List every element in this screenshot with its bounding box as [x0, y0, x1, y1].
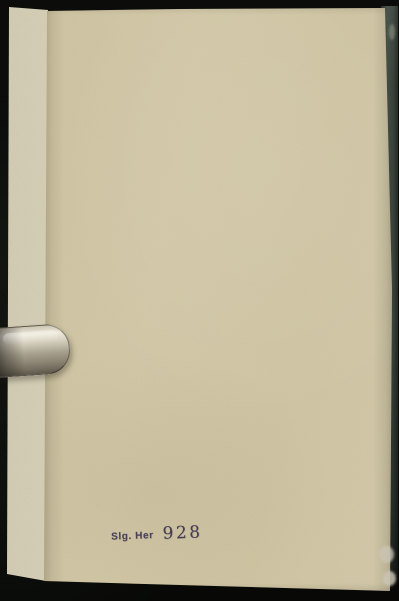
library-stamp: Slg. Her 928 — [111, 521, 203, 544]
damage-fleck — [379, 546, 394, 563]
stamp-prefix-text: Slg. Her — [111, 530, 154, 542]
stamp-number-text: 928 — [162, 522, 203, 543]
book-page: Slg. Her 928 — [0, 0, 399, 601]
page-edge-shading — [0, 0, 399, 601]
damage-fleck — [383, 571, 396, 586]
book-scan: Slg. Her 928 — [0, 0, 399, 601]
damage-fleck — [389, 24, 395, 40]
